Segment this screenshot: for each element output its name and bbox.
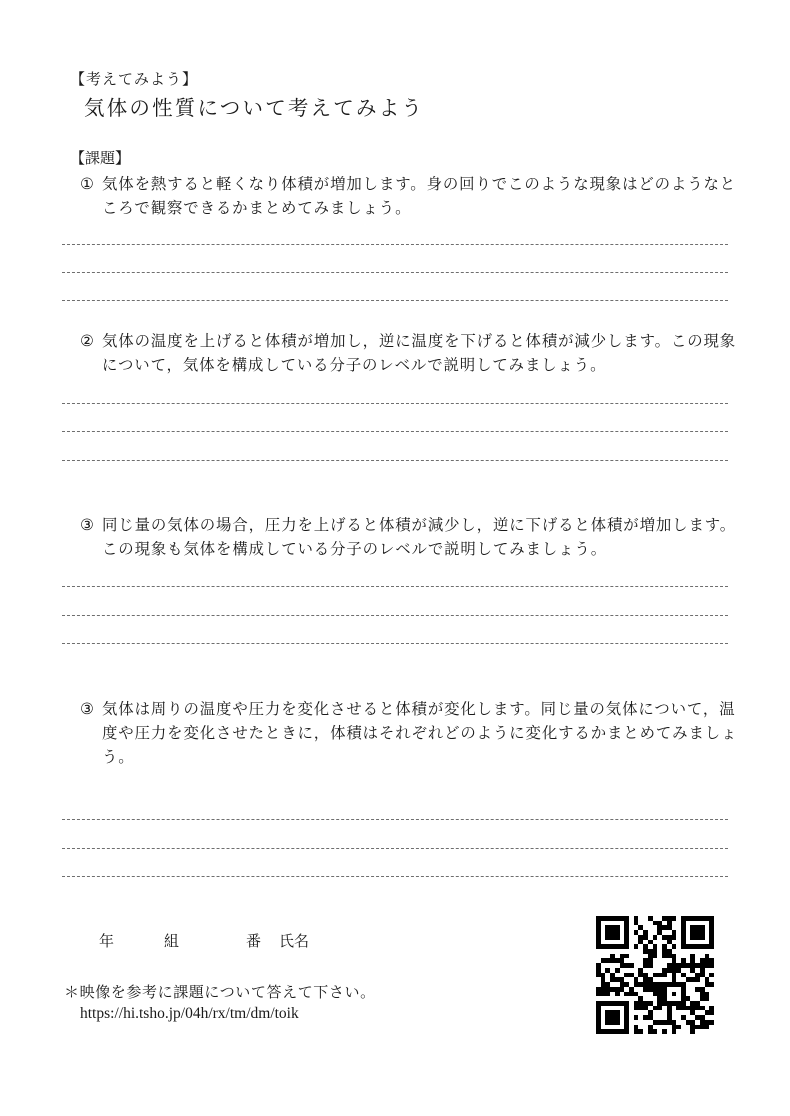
answer-line[interactable] [62, 460, 728, 461]
question-number: ③ [80, 697, 95, 721]
page-title: 気体の性質について考えてみよう [84, 91, 424, 121]
answer-line[interactable] [62, 431, 728, 432]
answer-line[interactable] [62, 300, 728, 301]
question-3: ③ 同じ量の気体の場合，圧力を上げると体積が減少し，逆に下げると体積が増加します… [80, 513, 740, 561]
question-text: 同じ量の気体の場合，圧力を上げると体積が減少し，逆に下げると体積が増加します。こ… [102, 513, 740, 561]
answer-line[interactable] [62, 272, 728, 273]
question-text: 気体の温度を上げると体積が増加し，逆に温度を下げると体積が減少します。この現象に… [102, 329, 740, 377]
question-number: ① [80, 172, 95, 196]
number-field-label: 番 [246, 930, 261, 951]
question-1: ① 気体を熱すると軽くなり体積が増加します。身の回りでこのような現象はどのような… [80, 172, 740, 220]
answer-line[interactable] [62, 403, 728, 404]
video-link[interactable]: https://hi.tsho.jp/04h/rx/tm/dm/toik [80, 1005, 299, 1023]
question-number: ③ [80, 513, 95, 537]
question-text: 気体は周りの温度や圧力を変化させると体積が変化します。同じ量の気体について，温度… [102, 697, 740, 769]
task-heading: 【課題】 [70, 147, 130, 168]
name-field-label: 氏名 [279, 930, 309, 951]
year-field-label: 年 [99, 930, 114, 951]
question-number: ② [80, 329, 95, 353]
answer-line[interactable] [62, 643, 728, 644]
question-text: 気体を熱すると軽くなり体積が増加します。身の回りでこのような現象はどのようなとこ… [102, 172, 740, 220]
question-4: ③ 気体は周りの温度や圧力を変化させると体積が変化します。同じ量の気体について，… [80, 697, 740, 769]
question-2: ② 気体の温度を上げると体積が増加し，逆に温度を下げると体積が減少します。この現… [80, 329, 740, 377]
section-tag: 【考えてみよう】 [70, 68, 198, 89]
answer-line[interactable] [62, 848, 728, 849]
instruction-note: ＊映像を参考に課題について答えて下さい。 [64, 981, 376, 1002]
qr-code-icon[interactable] [596, 916, 714, 1034]
answer-line[interactable] [62, 876, 728, 877]
answer-line[interactable] [62, 819, 728, 820]
answer-line[interactable] [62, 615, 728, 616]
class-field-label: 組 [164, 930, 179, 951]
answer-line[interactable] [62, 244, 728, 245]
answer-line[interactable] [62, 586, 728, 587]
